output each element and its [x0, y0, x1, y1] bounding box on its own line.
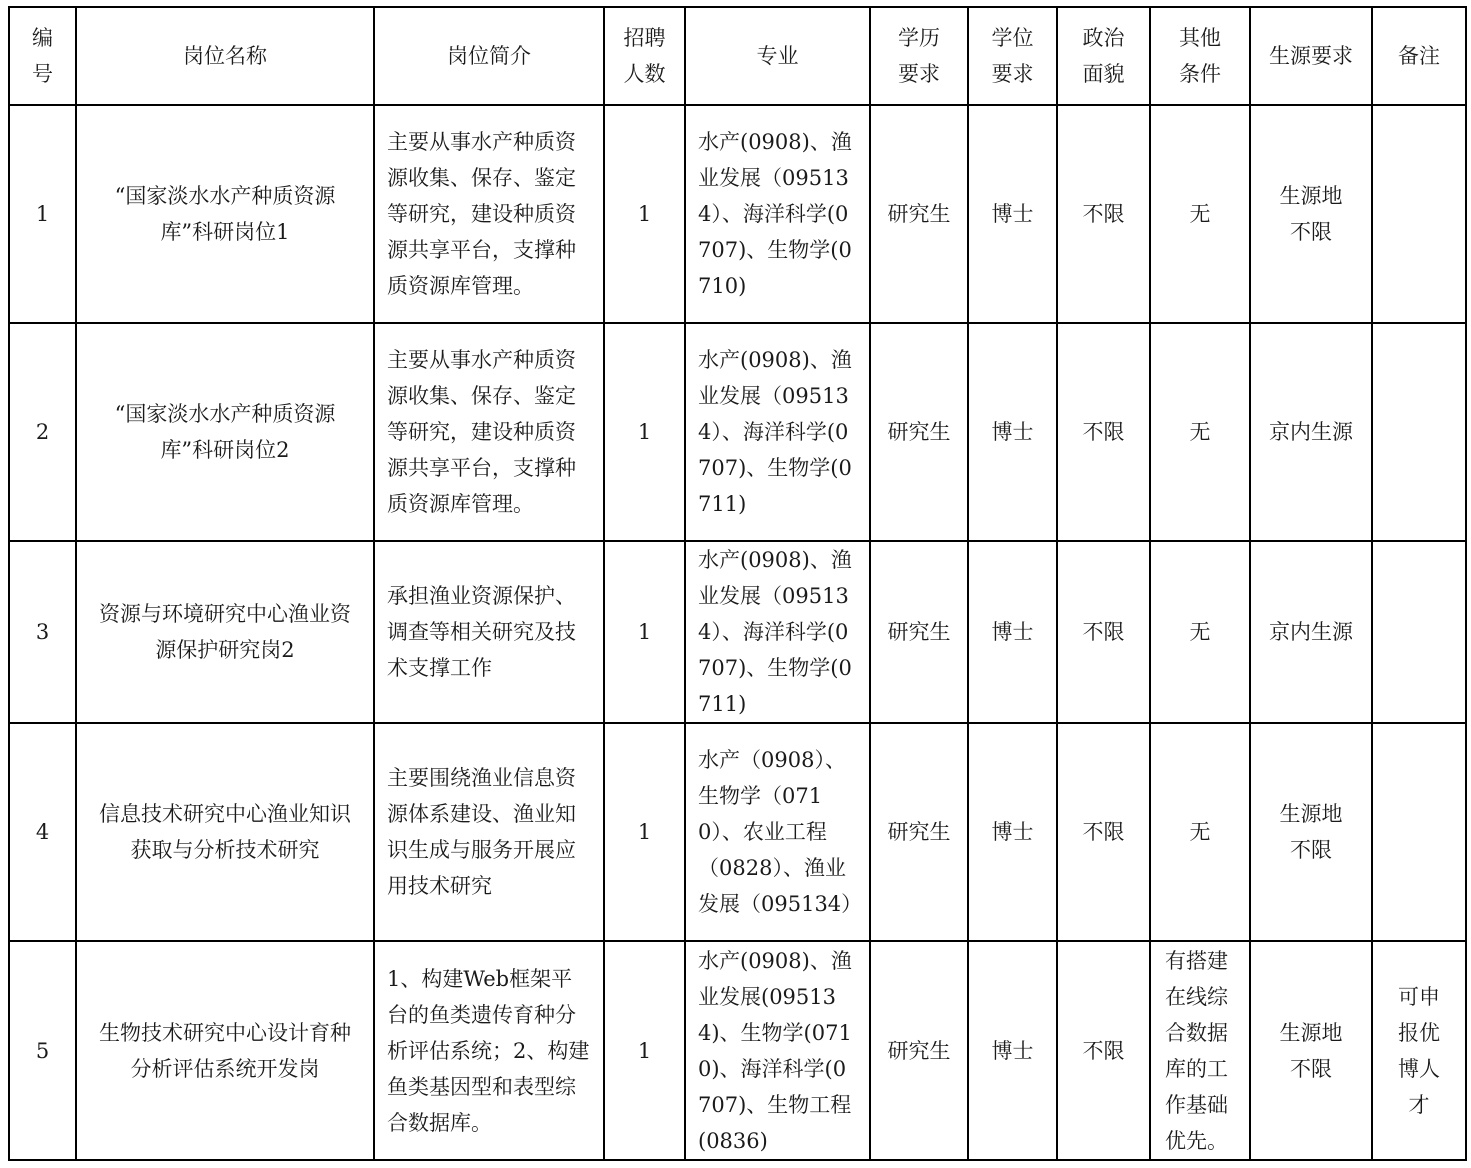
cell-education: 研究生 [870, 323, 968, 541]
cell-other: 无 [1150, 105, 1250, 323]
header-hire-count: 招聘人数 [604, 7, 685, 105]
cell-political: 不限 [1057, 941, 1150, 1160]
table-row: 1 “国家淡水水产种质资源库”科研岗位1 主要从事水产种质资源收集、保存、鉴定等… [9, 105, 1466, 323]
header-id: 编号 [9, 7, 76, 105]
cell-source: 京内生源 [1250, 323, 1372, 541]
header-education-line1: 学历 [898, 26, 940, 50]
cell-other: 无 [1150, 541, 1250, 723]
header-degree: 学位要求 [968, 7, 1057, 105]
cell-count: 1 [604, 723, 685, 941]
cell-position-name: 生物技术研究中心设计育种分析评估系统开发岗 [76, 941, 374, 1160]
header-major: 专业 [685, 7, 870, 105]
cell-degree: 博士 [968, 323, 1057, 541]
cell-count: 1 [604, 941, 685, 1160]
table-row: 2 “国家淡水水产种质资源库”科研岗位2 主要从事水产种质资源收集、保存、鉴定等… [9, 323, 1466, 541]
cell-political: 不限 [1057, 105, 1150, 323]
cell-source: 京内生源 [1250, 541, 1372, 723]
header-education: 学历要求 [870, 7, 968, 105]
cell-degree: 博士 [968, 105, 1057, 323]
cell-count: 1 [604, 541, 685, 723]
cell-political: 不限 [1057, 723, 1150, 941]
cell-note [1372, 541, 1466, 723]
header-political-line1: 政治 [1083, 26, 1125, 50]
cell-other: 无 [1150, 723, 1250, 941]
cell-description: 主要从事水产种质资源收集、保存、鉴定等研究，建设种质资源共享平台，支撑种质资源库… [374, 105, 604, 323]
cell-description: 承担渔业资源保护、调查等相关研究及技术支撑工作 [374, 541, 604, 723]
cell-description: 主要从事水产种质资源收集、保存、鉴定等研究，建设种质资源共享平台，支撑种质资源库… [374, 323, 604, 541]
header-degree-line2: 要求 [992, 62, 1034, 86]
header-degree-line1: 学位 [992, 26, 1034, 50]
cell-degree: 博士 [968, 541, 1057, 723]
cell-other: 有搭建在线综合数据库的工作基础优先。 [1150, 941, 1250, 1160]
cell-id: 3 [9, 541, 76, 723]
header-count-line2: 人数 [624, 62, 666, 86]
cell-education: 研究生 [870, 941, 968, 1160]
cell-degree: 博士 [968, 723, 1057, 941]
header-position-name: 岗位名称 [76, 7, 374, 105]
cell-major: 水产(0908)、渔业发展（095134）、海洋科学(0707)、生物学(071… [685, 541, 870, 723]
header-position-description: 岗位简介 [374, 7, 604, 105]
cell-major: 水产(0908)、渔业发展（095134）、海洋科学(0707)、生物学(071… [685, 105, 870, 323]
cell-education: 研究生 [870, 105, 968, 323]
table-header-row: 编号 岗位名称 岗位简介 招聘人数 专业 学历要求 学位要求 政治面貌 其他条件… [9, 7, 1466, 105]
header-other-line1: 其他 [1179, 26, 1221, 50]
cell-position-name: 信息技术研究中心渔业知识获取与分析技术研究 [76, 723, 374, 941]
cell-other: 无 [1150, 323, 1250, 541]
cell-id: 5 [9, 941, 76, 1160]
recruitment-table: 编号 岗位名称 岗位简介 招聘人数 专业 学历要求 学位要求 政治面貌 其他条件… [8, 6, 1467, 1161]
cell-education: 研究生 [870, 723, 968, 941]
cell-note [1372, 323, 1466, 541]
cell-position-name: “国家淡水水产种质资源库”科研岗位2 [76, 323, 374, 541]
header-political-line2: 面貌 [1083, 62, 1125, 86]
header-id-line2: 号 [32, 62, 53, 86]
cell-major: 水产(0908)、渔业发展（095134）、海洋科学(0707)、生物学(071… [685, 323, 870, 541]
header-education-line2: 要求 [898, 62, 940, 86]
header-other-conditions: 其他条件 [1150, 7, 1250, 105]
cell-position-name: 资源与环境研究中心渔业资源保护研究岗2 [76, 541, 374, 723]
cell-note: 可申报优博人才 [1372, 941, 1466, 1160]
header-other-line2: 条件 [1179, 62, 1221, 86]
cell-note [1372, 723, 1466, 941]
header-political-status: 政治面貌 [1057, 7, 1150, 105]
header-id-line1: 编 [32, 26, 53, 50]
cell-political: 不限 [1057, 323, 1150, 541]
cell-id: 2 [9, 323, 76, 541]
cell-count: 1 [604, 105, 685, 323]
header-count-line1: 招聘 [624, 26, 666, 50]
cell-degree: 博士 [968, 941, 1057, 1160]
header-notes: 备注 [1372, 7, 1466, 105]
cell-id: 1 [9, 105, 76, 323]
cell-count: 1 [604, 323, 685, 541]
cell-political: 不限 [1057, 541, 1150, 723]
cell-major: 水产(0908)、渔业发展(095134)、生物学(0710)、海洋科学(070… [685, 941, 870, 1160]
table-row: 5 生物技术研究中心设计育种分析评估系统开发岗 1、构建Web框架平台的鱼类遗传… [9, 941, 1466, 1160]
cell-major: 水产（0908）、生物学（0710）、农业工程（0828）、渔业发展（09513… [685, 723, 870, 941]
table-row: 3 资源与环境研究中心渔业资源保护研究岗2 承担渔业资源保护、调查等相关研究及技… [9, 541, 1466, 723]
cell-education: 研究生 [870, 541, 968, 723]
table-row: 4 信息技术研究中心渔业知识获取与分析技术研究 主要围绕渔业信息资源体系建设、渔… [9, 723, 1466, 941]
cell-description: 1、构建Web框架平台的鱼类遗传育种分析评估系统；2、构建鱼类基因型和表型综合数… [374, 941, 604, 1160]
cell-note [1372, 105, 1466, 323]
cell-source: 生源地不限 [1250, 723, 1372, 941]
cell-position-name: “国家淡水水产种质资源库”科研岗位1 [76, 105, 374, 323]
cell-description: 主要围绕渔业信息资源体系建设、渔业知识生成与服务开展应用技术研究 [374, 723, 604, 941]
cell-source: 生源地不限 [1250, 105, 1372, 323]
cell-id: 4 [9, 723, 76, 941]
header-source-requirement: 生源要求 [1250, 7, 1372, 105]
cell-source: 生源地不限 [1250, 941, 1372, 1160]
